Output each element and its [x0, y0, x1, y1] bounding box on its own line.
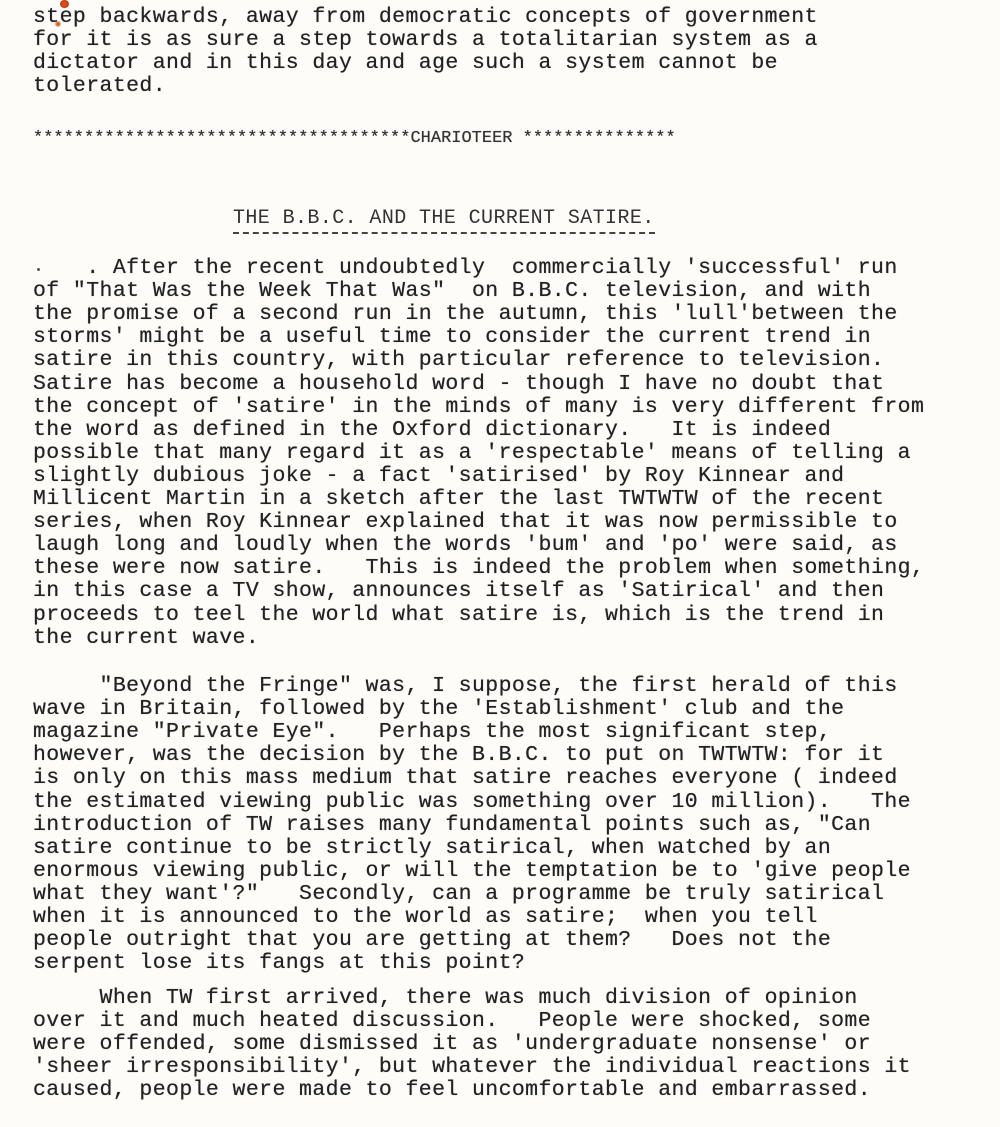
paragraph-line: what they want'?" Secondly, can a progra…	[33, 883, 884, 906]
paragraph-line: were offended, some dismissed it as 'und…	[33, 1033, 871, 1056]
paragraph-line: satire continue to be strictly satirical…	[33, 837, 831, 860]
paragraph-line: possible that many regard it as a 'respe…	[33, 442, 911, 465]
paragraph-line: serpent lose its fangs at this point?	[33, 952, 525, 975]
text-line: dictator and in this day and age such a …	[33, 52, 778, 75]
paragraph-line: . After the recent undoubtedly commercia…	[33, 257, 898, 280]
article-title: THE B.B.C. AND THE CURRENT SATIRE.	[233, 208, 655, 234]
text-line: for it is as sure a step towards a total…	[33, 29, 818, 52]
paragraph-line: Satire has become a household word - tho…	[33, 373, 884, 396]
text-line: step backwards, away from democratic con…	[33, 6, 818, 29]
paragraph-line: is only on this mass medium that satire …	[33, 767, 898, 790]
paragraph-line: When TW first arrived, there was much di…	[33, 987, 858, 1010]
paragraph-line: slightly dubious joke - a fact 'satirise…	[33, 465, 844, 488]
paragraph-line: wave in Britain, followed by the 'Establ…	[33, 698, 844, 721]
paragraph-line: satire in this country, with particular …	[33, 349, 884, 372]
paragraph-line: however, was the decision by the B.B.C. …	[33, 744, 884, 767]
paragraph-line: Millicent Martin in a sketch after the l…	[33, 488, 884, 511]
paragraph-line: the estimated viewing public was somethi…	[33, 791, 911, 814]
paragraph-line: magazine "Private Eye". Perhaps the most…	[33, 721, 831, 744]
byline-charioteer: *************************************CHA…	[33, 127, 676, 150]
text-line: tolerated.	[33, 75, 166, 98]
paragraph-line: storms' might be a useful time to consid…	[33, 326, 871, 349]
paragraph-line: the promise of a second run in the autum…	[33, 303, 898, 326]
paragraph-line: people outright that you are getting at …	[33, 929, 831, 952]
typewritten-page: step backwards, away from democratic con…	[0, 0, 1000, 1127]
paragraph-line: the word as defined in the Oxford dictio…	[33, 419, 831, 442]
paragraph-line: over it and much heated discussion. Peop…	[33, 1010, 871, 1033]
paragraph-line: introduction of TW raises many fundament…	[33, 814, 871, 837]
paragraph-line: enormous viewing public, or will the tem…	[33, 860, 911, 883]
paragraph-line: when it is announced to the world as sat…	[33, 906, 818, 929]
paragraph-line: series, when Roy Kinnear explained that …	[33, 511, 898, 534]
paragraph-line: 'sheer irresponsibility', but whatever t…	[33, 1056, 911, 1079]
paragraph-line: proceeds to teel the world what satire i…	[33, 604, 884, 627]
paragraph-line: laugh long and loudly when the words 'bu…	[33, 534, 898, 557]
paragraph-line: the concept of 'satire' in the minds of …	[33, 396, 924, 419]
paragraph-line: of "That Was the Week That Was" on B.B.C…	[33, 280, 871, 303]
paragraph-line: in this case a TV show, announces itself…	[33, 580, 884, 603]
paragraph-line: these were now satire. This is indeed th…	[33, 557, 924, 580]
paragraph-line: "Beyond the Fringe" was, I suppose, the …	[33, 675, 898, 698]
paragraph-line: caused, people were made to feel uncomfo…	[33, 1079, 871, 1102]
paragraph-line: the current wave.	[33, 627, 259, 650]
